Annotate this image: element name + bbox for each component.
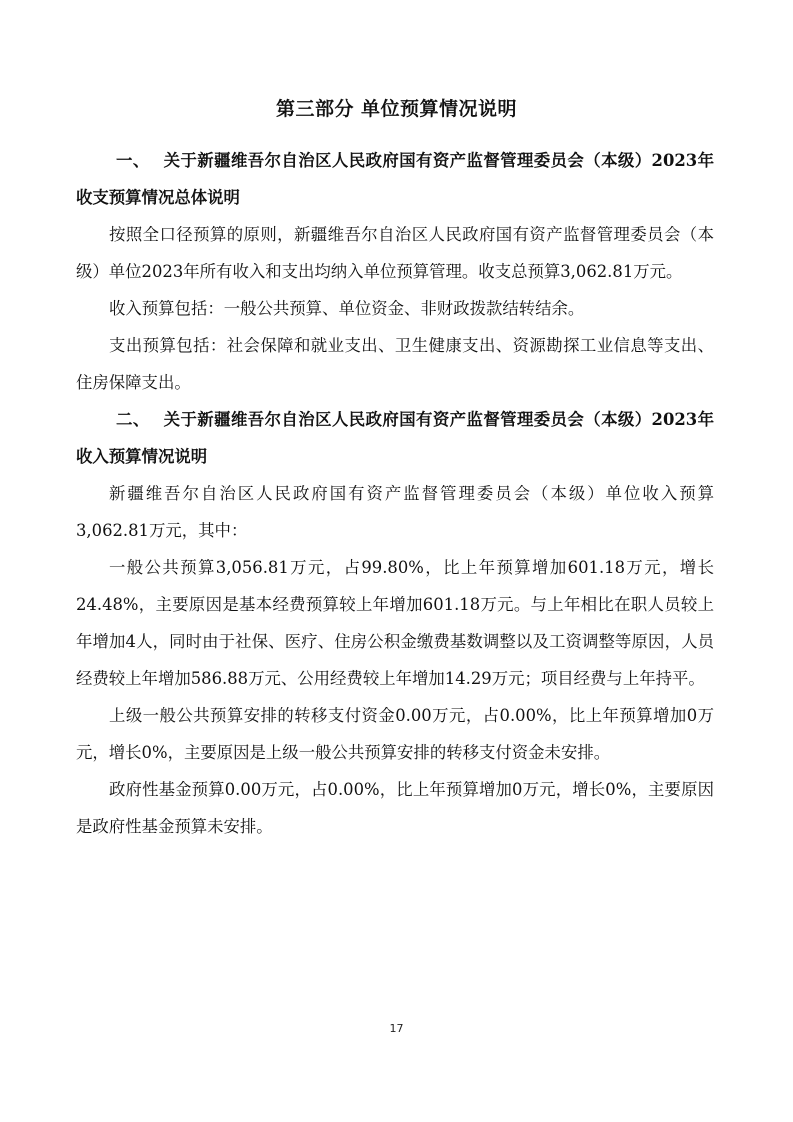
document-body: 一、关于新疆维吾尔自治区人民政府国有资产监督管理委员会（本级）2023年收支预算… bbox=[76, 142, 714, 845]
section-number: 一、 bbox=[116, 151, 150, 170]
section-income: 二、关于新疆维吾尔自治区人民政府国有资产监督管理委员会（本级）2023年收入预算… bbox=[76, 401, 714, 845]
section-heading-text: 关于新疆维吾尔自治区人民政府国有资产监督管理委员会（本级）2023年收入预算情况… bbox=[76, 410, 714, 466]
paragraph: 支出预算包括：社会保障和就业支出、卫生健康支出、资源勘探工业信息等支出、住房保障… bbox=[76, 327, 714, 401]
paragraph: 收入预算包括：一般公共预算、单位资金、非财政拨款结转结余。 bbox=[76, 290, 714, 327]
page-title: 第三部分 单位预算情况说明 bbox=[0, 94, 793, 121]
paragraph: 一般公共预算3,056.81万元，占99.80%，比上年预算增加601.18万元… bbox=[76, 549, 714, 697]
page-number: 17 bbox=[0, 1022, 793, 1035]
paragraph: 政府性基金预算0.00万元，占0.00%，比上年预算增加0万元，增长0%，主要原… bbox=[76, 771, 714, 845]
paragraph: 新疆维吾尔自治区人民政府国有资产监督管理委员会（本级）单位收入预算3,062.8… bbox=[76, 475, 714, 549]
section-heading: 一、关于新疆维吾尔自治区人民政府国有资产监督管理委员会（本级）2023年收支预算… bbox=[76, 142, 714, 216]
section-heading-text: 关于新疆维吾尔自治区人民政府国有资产监督管理委员会（本级）2023年收支预算情况… bbox=[76, 151, 714, 207]
paragraph: 上级一般公共预算安排的转移支付资金0.00万元，占0.00%，比上年预算增加0万… bbox=[76, 697, 714, 771]
section-overview: 一、关于新疆维吾尔自治区人民政府国有资产监督管理委员会（本级）2023年收支预算… bbox=[76, 142, 714, 401]
section-heading: 二、关于新疆维吾尔自治区人民政府国有资产监督管理委员会（本级）2023年收入预算… bbox=[76, 401, 714, 475]
document-page: 第三部分 单位预算情况说明 一、关于新疆维吾尔自治区人民政府国有资产监督管理委员… bbox=[0, 0, 793, 1122]
paragraph: 按照全口径预算的原则，新疆维吾尔自治区人民政府国有资产监督管理委员会（本级）单位… bbox=[76, 216, 714, 290]
section-number: 二、 bbox=[116, 410, 150, 429]
